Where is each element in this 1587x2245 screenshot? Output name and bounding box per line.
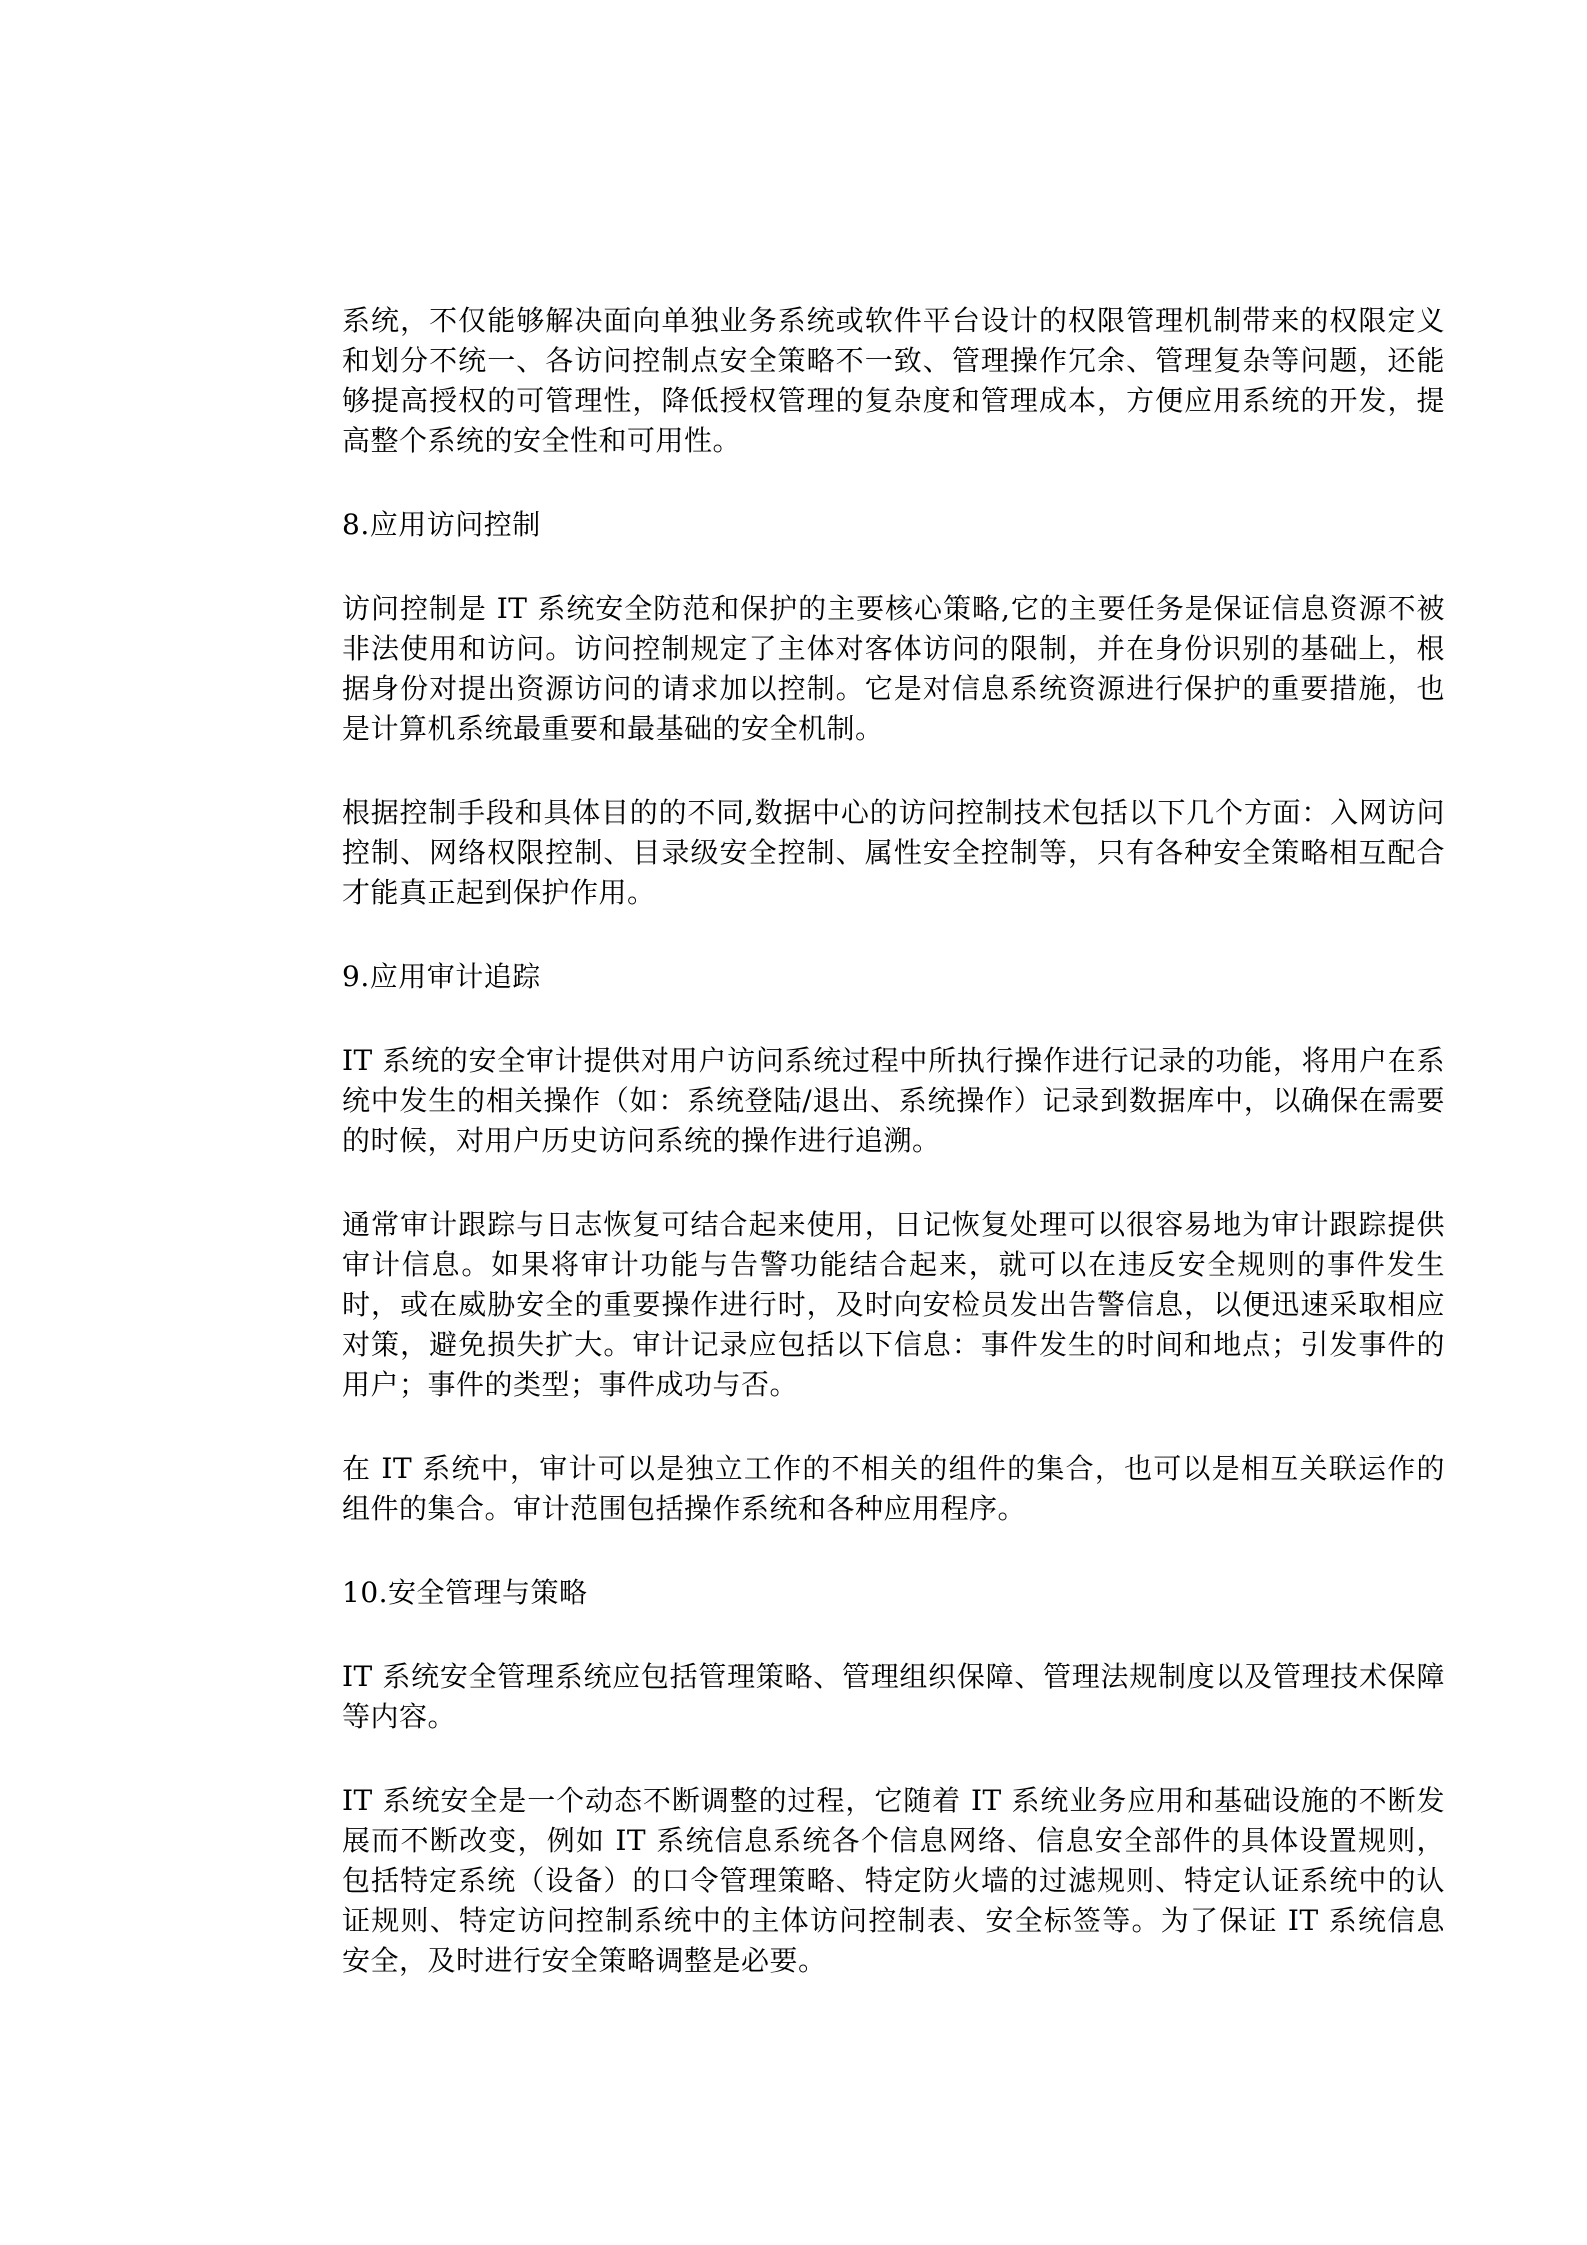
paragraph: IT 系统的安全审计提供对用户访问系统过程中所执行操作进行记录的功能，将用户在系… [342, 1041, 1445, 1161]
paragraph: 系统，不仅能够解决面向单独业务系统或软件平台设计的权限管理机制带来的权限定义和划… [342, 301, 1445, 461]
document-page: 系统，不仅能够解决面向单独业务系统或软件平台设计的权限管理机制带来的权限定义和划… [0, 0, 1587, 2245]
paragraph: 在 IT 系统中，审计可以是独立工作的不相关的组件的集合，也可以是相互关联运作的… [342, 1449, 1445, 1529]
section-heading: 10.安全管理与策略 [342, 1573, 1445, 1613]
paragraph: 通常审计跟踪与日志恢复可结合起来使用，日记恢复处理可以很容易地为审计跟踪提供审计… [342, 1205, 1445, 1405]
section-heading: 9.应用审计追踪 [342, 957, 1445, 997]
paragraph: IT 系统安全管理系统应包括管理策略、管理组织保障、管理法规制度以及管理技术保障… [342, 1657, 1445, 1737]
paragraph: 根据控制手段和具体目的的不同,数据中心的访问控制技术包括以下几个方面：入网访问控… [342, 793, 1445, 913]
section-heading: 8.应用访问控制 [342, 505, 1445, 545]
document-content: 系统，不仅能够解决面向单独业务系统或软件平台设计的权限管理机制带来的权限定义和划… [342, 301, 1445, 2025]
paragraph: IT 系统安全是一个动态不断调整的过程，它随着 IT 系统业务应用和基础设施的不… [342, 1781, 1445, 1981]
paragraph: 访问控制是 IT 系统安全防范和保护的主要核心策略,它的主要任务是保证信息资源不… [342, 589, 1445, 749]
